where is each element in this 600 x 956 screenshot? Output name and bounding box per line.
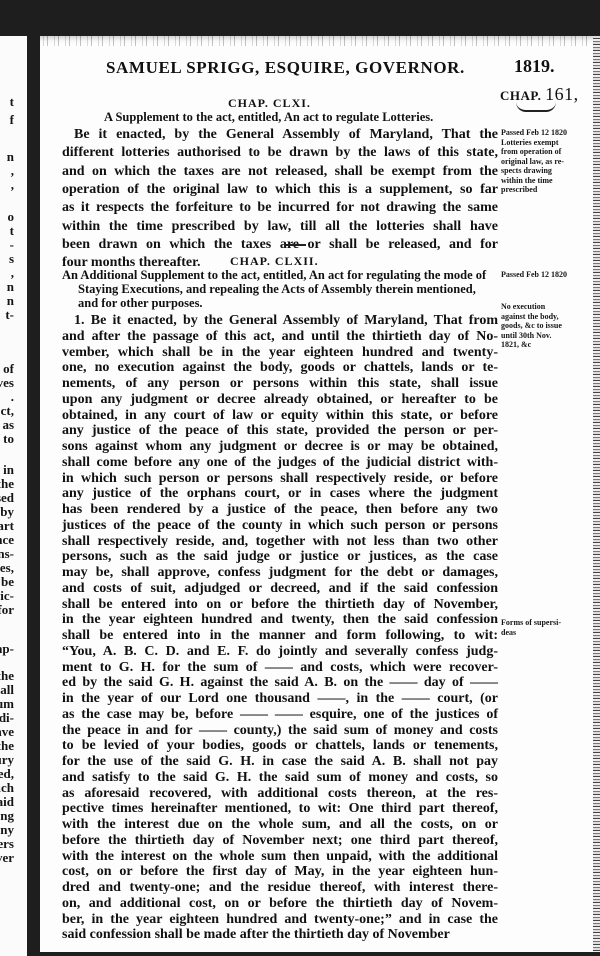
margin-note-line: until 30th Nov. bbox=[501, 331, 551, 340]
scan-edge bbox=[593, 36, 600, 952]
side-chapter-label-text: CHAP. bbox=[500, 88, 541, 103]
previous-page-fragment: - bbox=[10, 238, 14, 252]
margin-note-line: deas bbox=[501, 628, 516, 637]
previous-page-fragment: t- bbox=[5, 308, 14, 322]
previous-page-fragment: hall bbox=[0, 683, 14, 697]
previous-page-fragment: of bbox=[3, 362, 14, 376]
brace-decoration bbox=[516, 102, 556, 112]
margin-note-line: Lotteries exempt bbox=[501, 138, 559, 147]
page-year: 1819. bbox=[514, 56, 555, 77]
previous-page-fragment: art bbox=[0, 519, 14, 533]
previous-page-fragment: ct, bbox=[1, 404, 14, 418]
body-text-line: as it respects the forfeiture to be incu… bbox=[62, 199, 498, 217]
previous-page-fragment: ns- bbox=[0, 547, 14, 561]
previous-page-fragment: the bbox=[0, 739, 14, 753]
body-text-line: different lotteries authorised to be dra… bbox=[62, 144, 498, 162]
margin-note-passed: Passed Feb 12 1820 bbox=[501, 270, 567, 279]
margin-note-line: No execution bbox=[501, 302, 545, 311]
chapter-title-line: Staying Executions, and repealing the Ac… bbox=[78, 282, 476, 297]
previous-page-fragment: n bbox=[7, 280, 14, 294]
previous-page-fragment: tes, bbox=[0, 561, 14, 575]
running-head-title: SAMUEL SPRIGG, ESQUIRE, GOVERNOR. bbox=[106, 58, 465, 78]
section-divider bbox=[284, 244, 306, 246]
body-text-line: operation of the original law to which t… bbox=[62, 181, 498, 199]
previous-page-fragment: di- bbox=[0, 711, 14, 725]
previous-page-fragment: t bbox=[10, 95, 14, 109]
previous-page-fragment: any bbox=[0, 823, 14, 837]
margin-note-line: spects drawing bbox=[501, 166, 552, 175]
previous-page-fragment: ned, bbox=[0, 767, 14, 781]
scan-noise bbox=[40, 36, 593, 46]
side-chapter-number: 161, bbox=[545, 84, 579, 104]
margin-note-line: from operation of bbox=[501, 147, 561, 156]
previous-page-fragment: f bbox=[10, 113, 14, 127]
body-text-line: within the time prescribed by law, till … bbox=[62, 218, 498, 236]
previous-page-fragment: such bbox=[0, 781, 14, 795]
margin-note-line: original law, as re- bbox=[501, 157, 564, 166]
margin-note-line: within the time bbox=[501, 176, 553, 185]
body-text-line: said confession shall be made after the … bbox=[62, 926, 498, 944]
previous-page-fragment: t bbox=[10, 224, 14, 238]
previous-page-fragment: nong bbox=[0, 809, 14, 823]
previous-page-fragment: . bbox=[11, 390, 14, 404]
previous-page-fragment: ners bbox=[0, 837, 14, 851]
previous-page-fragment: as bbox=[2, 418, 14, 432]
margin-note-line: Forms of supersi- bbox=[501, 618, 561, 627]
previous-page-fragment: for bbox=[0, 603, 14, 617]
margin-note-line: 1821, &c bbox=[501, 340, 531, 349]
previous-page-fragment: sed bbox=[0, 491, 14, 505]
margin-note-line: goods, &c to issue bbox=[501, 321, 562, 330]
previous-page-fragment: be bbox=[1, 575, 14, 589]
chapter-title-line: An Additional Supplement to the act, ent… bbox=[62, 268, 486, 283]
previous-page-fragment: ves bbox=[0, 376, 14, 390]
body-text-line: been drawn on which the taxes are or sha… bbox=[62, 236, 498, 254]
chapter-heading: CHAP. CLXI. bbox=[228, 96, 311, 111]
previous-page-fragment: by bbox=[0, 505, 14, 519]
margin-note-line: Passed Feb 12 1820 bbox=[501, 128, 567, 137]
previous-page-fragment: said bbox=[0, 795, 14, 809]
previous-page-fragment: in bbox=[3, 463, 14, 477]
body-text-line: Be it enacted, by the General Assembly o… bbox=[74, 126, 498, 144]
margin-note-line: prescribed bbox=[501, 185, 537, 194]
previous-page-fragment: nce bbox=[0, 533, 14, 547]
body-text-line: and on which the taxes are not released,… bbox=[62, 163, 498, 181]
previous-page-fragment: s bbox=[9, 252, 14, 266]
previous-page-fragment: , bbox=[11, 178, 14, 192]
previous-page-sliver: tfn,,ot-s,nnt-ofves.ct,astointhesedbyart… bbox=[0, 36, 16, 956]
chapter-title-line: and for other purposes. bbox=[78, 296, 203, 311]
previous-page-fragment: tever bbox=[0, 851, 14, 865]
previous-page-fragment: tum bbox=[0, 697, 14, 711]
previous-page-sliver-inner bbox=[15, 36, 27, 956]
margin-note-line: against the body, bbox=[501, 312, 559, 321]
previous-page-fragment: ave bbox=[0, 725, 14, 739]
previous-page-fragment: o bbox=[8, 210, 15, 224]
previous-page-fragment: e ap- bbox=[0, 642, 14, 656]
chapter-title-line: A Supplement to the act, entitled, An ac… bbox=[104, 110, 433, 125]
previous-page-fragment: the bbox=[0, 669, 14, 683]
previous-page-fragment: vic- bbox=[0, 589, 14, 603]
previous-page-fragment: , bbox=[11, 164, 14, 178]
document-page: SAMUEL SPRIGG, ESQUIRE, GOVERNOR. 1819. … bbox=[40, 36, 593, 952]
previous-page-fragment: sury bbox=[0, 753, 14, 767]
previous-page-fragment: n bbox=[7, 150, 14, 164]
chapter-heading: CHAP. CLXII. bbox=[230, 254, 319, 269]
previous-page-fragment: to bbox=[3, 432, 14, 446]
previous-page-fragment: n bbox=[7, 294, 14, 308]
previous-page-fragment: , bbox=[11, 266, 14, 280]
previous-page-fragment: the bbox=[0, 477, 14, 491]
